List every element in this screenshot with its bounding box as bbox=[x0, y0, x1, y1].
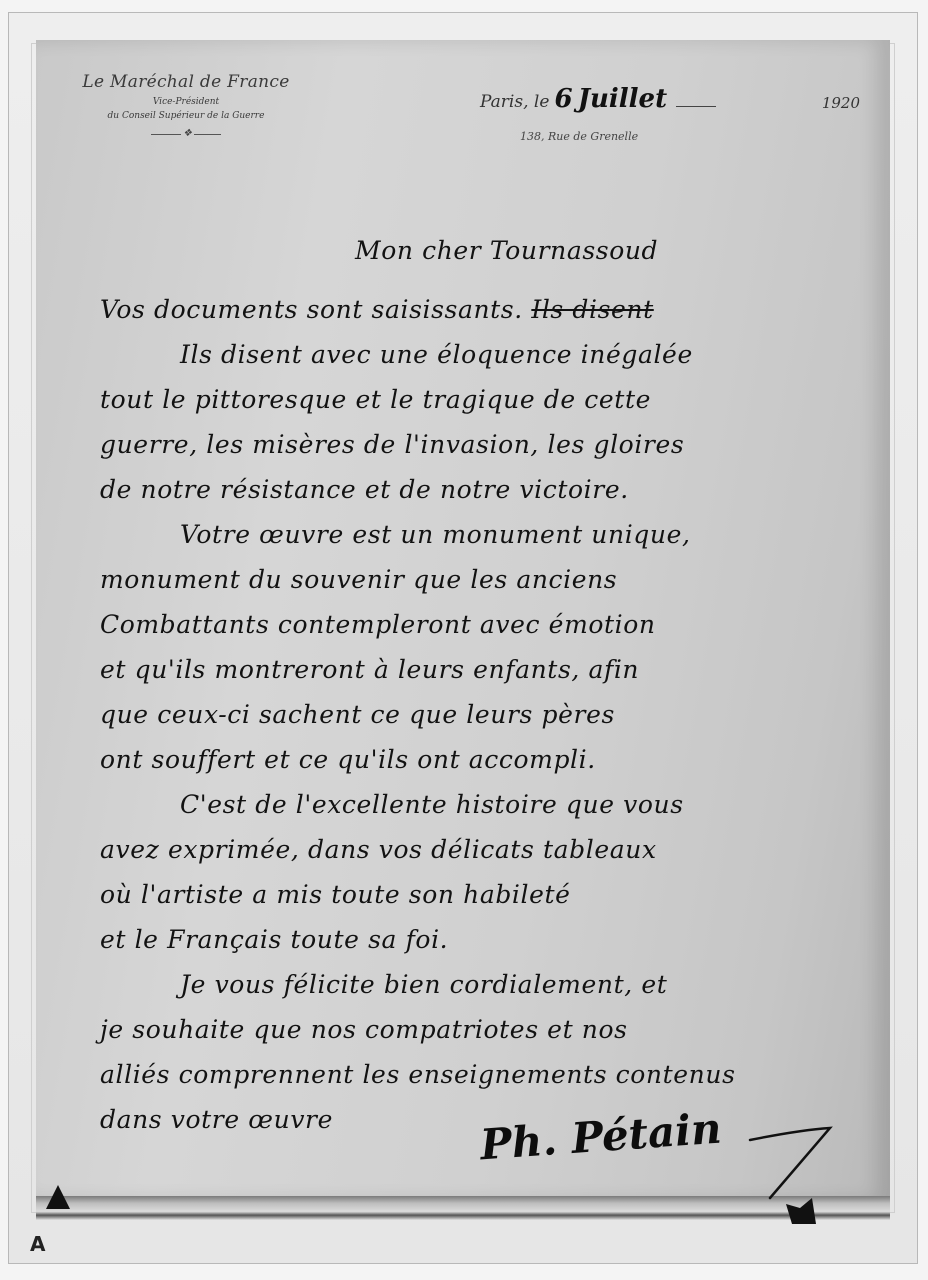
struck-text: Ils disent bbox=[531, 295, 653, 324]
letterhead-subtitle-vice-president: Vice-Président bbox=[56, 97, 316, 107]
letter-line: et le Français toute sa foi. bbox=[100, 917, 860, 962]
letter-line: Ils disent avec une éloquence inégalée bbox=[100, 332, 860, 377]
letter-body: Mon cher Tournassoud Vos documents sont … bbox=[100, 228, 860, 1142]
signature-flourish-icon bbox=[740, 1120, 840, 1200]
letter-line: Combattants contempleront avec émotion bbox=[100, 602, 860, 647]
date-year: 1920 bbox=[822, 94, 860, 112]
letter-line: alliés comprennent les enseignements con… bbox=[100, 1052, 860, 1097]
date-day: 6 bbox=[555, 84, 573, 114]
letter-line: monument du souvenir que les anciens bbox=[100, 557, 860, 602]
letter-line: de notre résistance et de notre victoire… bbox=[100, 467, 860, 512]
date-month: Juillet bbox=[578, 84, 667, 114]
letter-line: ont souffert et ce qu'ils ont accompli. bbox=[100, 737, 860, 782]
letter-line: Je vous félicite bien cordialement, et bbox=[100, 962, 860, 1007]
letter-line: je souhaite que nos compatriotes et nos bbox=[100, 1007, 860, 1052]
letterhead-address: 138, Rue de Grenelle bbox=[520, 130, 638, 143]
mount-corner-tab-icon bbox=[46, 1185, 70, 1209]
letterhead-title: Le Maréchal de France bbox=[56, 72, 316, 92]
ornament-icon: ❖ bbox=[151, 131, 221, 139]
letterhead: Le Maréchal de France Vice-Président du … bbox=[56, 72, 316, 139]
plate-label: A bbox=[30, 1232, 45, 1256]
letter-line: et qu'ils montreront à leurs enfants, af… bbox=[100, 647, 860, 692]
letter-line: avez exprimée, dans vos délicats tableau… bbox=[100, 827, 860, 872]
letter-line: Votre œuvre est un monument unique, bbox=[100, 512, 860, 557]
date-place: Paris, le bbox=[480, 92, 549, 112]
letter-line: guerre, les misères de l'invasion, les g… bbox=[100, 422, 860, 467]
letter-line: Vos documents sont saisissants. Ils dise… bbox=[100, 287, 860, 332]
date-rule bbox=[676, 106, 716, 107]
mount-corner-tab-icon bbox=[786, 1198, 820, 1224]
letter-line: où l'artiste a mis toute son habileté bbox=[100, 872, 860, 917]
dateline: Paris, le 6 Juillet 1920 bbox=[480, 84, 860, 114]
letter-line: que ceux-ci sachent ce que leurs pères bbox=[100, 692, 860, 737]
letter-line: C'est de l'excellente histoire que vous bbox=[100, 782, 860, 827]
letter-line: tout le pittoresque et le tragique de ce… bbox=[100, 377, 860, 422]
salutation: Mon cher Tournassoud bbox=[100, 228, 860, 273]
letterhead-subtitle-council: du Conseil Supérieur de la Guerre bbox=[56, 111, 316, 121]
